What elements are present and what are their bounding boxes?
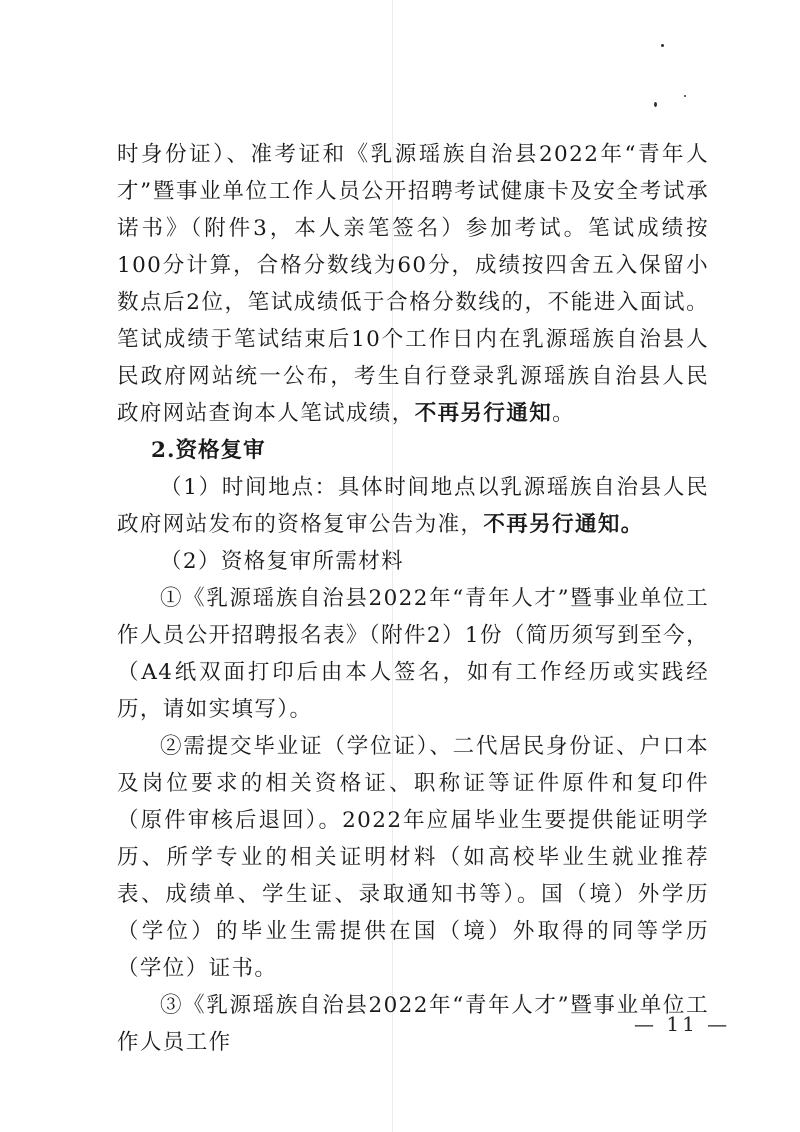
- scan-speck: [661, 44, 664, 47]
- document-body: 时身份证）、准考证和《乳源瑶族自治县2022年“青年人才”暨事业单位工作人员公开…: [117, 136, 709, 1061]
- scan-speck: [654, 102, 657, 107]
- emphasis-no-further-notice: 不再另行通知。: [483, 512, 643, 537]
- scan-speck: [684, 95, 686, 97]
- document-page: 时身份证）、准考证和《乳源瑶族自治县2022年“青年人才”暨事业单位工作人员公开…: [0, 0, 800, 1132]
- paragraph-text: 时身份证）、准考证和《乳源瑶族自治县2022年“青年人才”暨事业单位工作人员公开…: [117, 142, 709, 426]
- item-time-location: （1）时间地点：具体时间地点以乳源瑶族自治县人民政府网站发布的资格复审公告为准，…: [117, 469, 709, 543]
- emphasis-no-further-notice: 不再另行通知: [415, 401, 552, 426]
- material-item-3: ③《乳源瑶族自治县2022年“青年人才”暨事业单位工作人员工作: [117, 987, 709, 1061]
- page-number: — 11 —: [634, 1012, 730, 1036]
- paragraph-exam-rules: 时身份证）、准考证和《乳源瑶族自治县2022年“青年人才”暨事业单位工作人员公开…: [117, 136, 709, 432]
- section-heading-qualification-review: 2.资格复审: [117, 432, 709, 469]
- item-required-materials-title: （2）资格复审所需材料: [117, 543, 709, 580]
- paragraph-text-end: 。: [552, 401, 575, 426]
- material-item-1: ①《乳源瑶族自治县2022年“青年人才”暨事业单位工作人员公开招聘报名表》（附件…: [117, 580, 709, 728]
- material-item-2: ②需提交毕业证（学位证）、二代居民身份证、户口本及岗位要求的相关资格证、职称证等…: [117, 728, 709, 987]
